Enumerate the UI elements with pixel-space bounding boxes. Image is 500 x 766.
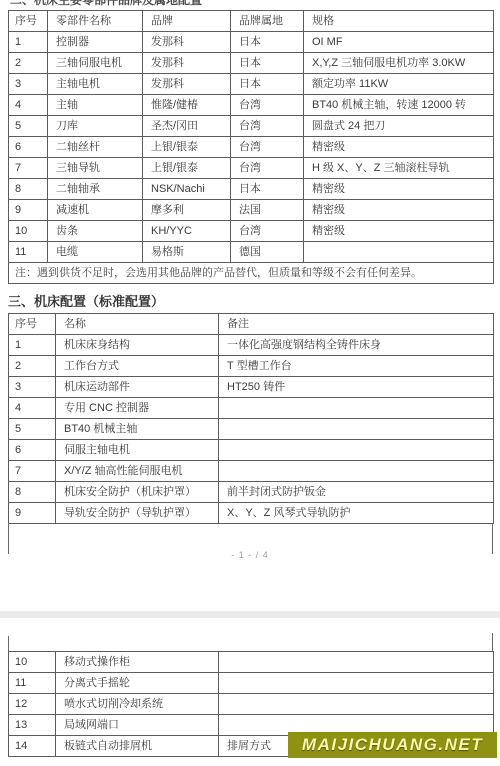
table-cell: 发那科 xyxy=(143,32,231,53)
table-cell: 机床床身结构 xyxy=(56,335,219,356)
table-row: 5BT40 机械主轴 xyxy=(9,419,494,440)
column-header: 备注 xyxy=(219,314,494,335)
parts-brand-table: 序号零部件名称品牌品牌属地规格1控制器发那科日本OI MF2三轴伺服电机发那科日… xyxy=(8,10,494,284)
table-cell: 上银/银泰 xyxy=(143,158,231,179)
table-border-stub xyxy=(492,633,493,652)
table-cell: 三轴伺服电机 xyxy=(48,53,143,74)
table-cell: 5 xyxy=(9,116,48,137)
table-cell: 喷水式切削冷却系统 xyxy=(56,694,219,715)
table-cell: 圣杰/冈田 xyxy=(143,116,231,137)
table-cell: 2 xyxy=(9,53,48,74)
table-cell: 日本 xyxy=(231,74,304,95)
table-row: 9导轨安全防护（导轨护罩）X、Y、Z 风琴式导轨防护 xyxy=(9,503,494,524)
table-cell: 9 xyxy=(9,200,48,221)
table-cell: 6 xyxy=(9,137,48,158)
table-cell: HT250 铸件 xyxy=(219,377,494,398)
table-row: 11分离式手摇轮 xyxy=(9,673,494,694)
table-row: 9减速机摩多利法国精密级 xyxy=(9,200,494,221)
machine-config-table: 序号名称备注1机床床身结构一体化高强度钢结构全铸件床身2工作台方式T 型槽工作台… xyxy=(8,313,494,524)
table-cell: 日本 xyxy=(231,32,304,53)
table-row: 8二轴轴承NSK/Nachi日本精密级 xyxy=(9,179,494,200)
table-cell: 7 xyxy=(9,461,56,482)
supply-note: 注：遇到供货不足时，会选用其他品牌的产品替代，但质量和等级不会有任何差异。 xyxy=(9,263,494,284)
table-cell: 1 xyxy=(9,32,48,53)
table-cell xyxy=(219,694,494,715)
column-header: 名称 xyxy=(56,314,219,335)
scanned-document: { "page": { "clipped_heading": "二、机床主要零部… xyxy=(0,0,500,766)
column-header: 零部件名称 xyxy=(48,11,143,32)
table-cell: 机床运动部件 xyxy=(56,377,219,398)
table-cell: 工作台方式 xyxy=(56,356,219,377)
table-cell: X、Y、Z 风琴式导轨防护 xyxy=(219,503,494,524)
table-cell: 5 xyxy=(9,419,56,440)
table-cell: 12 xyxy=(9,694,56,715)
table-cell: 额定功率 11KW xyxy=(304,74,494,95)
table-row: 1机床床身结构一体化高强度钢结构全铸件床身 xyxy=(9,335,494,356)
table-cell: 法国 xyxy=(231,200,304,221)
table-cell: 刀库 xyxy=(48,116,143,137)
table-row: 7三轴导轨上银/银泰台湾H 级 X、Y、Z 三轴滚柱导轨 xyxy=(9,158,494,179)
column-header: 品牌属地 xyxy=(231,11,304,32)
table-cell: BT40 机械主轴 xyxy=(56,419,219,440)
table-cell: 主轴 xyxy=(48,95,143,116)
table-cell: 德国 xyxy=(231,242,304,263)
table-cell: 1 xyxy=(9,335,56,356)
table-row: 3主轴电机发那科日本额定功率 11KW xyxy=(9,74,494,95)
table-cell: 7 xyxy=(9,158,48,179)
table-cell: 11 xyxy=(9,242,48,263)
table-cell: 台湾 xyxy=(231,158,304,179)
table-cell: 14 xyxy=(9,736,56,757)
table-cell: 精密级 xyxy=(304,137,494,158)
table-cell: 发那科 xyxy=(143,74,231,95)
table-cell: 前半封闭式防护钣金 xyxy=(219,482,494,503)
clipped-top-heading: 二、机床主要零部件品牌及属地配置 xyxy=(10,0,310,7)
table-cell: 分离式手摇轮 xyxy=(56,673,219,694)
table-cell xyxy=(219,398,494,419)
table-cell: H 级 X、Y、Z 三轴滚柱导轨 xyxy=(304,158,494,179)
page-break-divider xyxy=(0,611,500,618)
table-cell: 4 xyxy=(9,398,56,419)
table-cell: 精密级 xyxy=(304,200,494,221)
table-cell: 台湾 xyxy=(231,137,304,158)
table-cell: T 型槽工作台 xyxy=(219,356,494,377)
table-cell: 二轴轴承 xyxy=(48,179,143,200)
table-cell: 局域网端口 xyxy=(56,715,219,736)
table-cell: 13 xyxy=(9,715,56,736)
table-cell: 移动式操作柜 xyxy=(56,652,219,673)
table-cell: 伺服主轴电机 xyxy=(56,440,219,461)
table-row: 2三轴伺服电机发那科日本X,Y,Z 三轴伺服电机功率 3.0KW xyxy=(9,53,494,74)
column-header: 序号 xyxy=(9,11,48,32)
column-header: 序号 xyxy=(9,314,56,335)
table-cell: 易格斯 xyxy=(143,242,231,263)
table-header-row: 序号零部件名称品牌品牌属地规格 xyxy=(9,11,494,32)
table-row: 4专用 CNC 控制器 xyxy=(9,398,494,419)
clipped-top-heading-text: 二、机床主要零部件品牌及属地配置 xyxy=(10,0,310,7)
table-cell: 齿条 xyxy=(48,221,143,242)
table-cell: 台湾 xyxy=(231,221,304,242)
table-cell: 10 xyxy=(9,652,56,673)
page-number: - 1 - / 4 xyxy=(0,550,500,560)
table-cell: 8 xyxy=(9,179,48,200)
table-cell: 2 xyxy=(9,356,56,377)
table-cell: 机床安全防护（机床护罩） xyxy=(56,482,219,503)
table-row: 2工作台方式T 型槽工作台 xyxy=(9,356,494,377)
table-cell: 减速机 xyxy=(48,200,143,221)
table-row: 1控制器发那科日本OI MF xyxy=(9,32,494,53)
table-cell: 3 xyxy=(9,74,48,95)
table-cell: 板链式自动排屑机 xyxy=(56,736,219,757)
table-cell: 主轴电机 xyxy=(48,74,143,95)
table-cell: 台湾 xyxy=(231,95,304,116)
table-cell xyxy=(219,673,494,694)
table-row: 10齿条KH/YYC台湾精密级 xyxy=(9,221,494,242)
table-row: 12喷水式切削冷却系统 xyxy=(9,694,494,715)
table-cell: 惟隆/健椿 xyxy=(143,95,231,116)
table-cell: 二轴丝杆 xyxy=(48,137,143,158)
table-cell: 10 xyxy=(9,221,48,242)
table-cell: 日本 xyxy=(231,53,304,74)
column-header: 品牌 xyxy=(143,11,231,32)
table-cell: X,Y,Z 三轴伺服电机功率 3.0KW xyxy=(304,53,494,74)
table-cell: OI MF xyxy=(304,32,494,53)
table-cell: 圆盘式 24 把刀 xyxy=(304,116,494,137)
table-cell: 日本 xyxy=(231,179,304,200)
table-cell xyxy=(219,652,494,673)
table-row: 10移动式操作柜 xyxy=(9,652,494,673)
table-cell: 9 xyxy=(9,503,56,524)
table-cell: 导轨安全防护（导轨护罩） xyxy=(56,503,219,524)
table-cell: 精密级 xyxy=(304,179,494,200)
table-cell: 控制器 xyxy=(48,32,143,53)
table-row: 6伺服主轴电机 xyxy=(9,440,494,461)
table-cell: 上银/银泰 xyxy=(143,137,231,158)
table-cell: 发那科 xyxy=(143,53,231,74)
table-cell: 4 xyxy=(9,95,48,116)
section-heading: 三、机床配置（标准配置） xyxy=(8,291,164,310)
table-cell: 摩多利 xyxy=(143,200,231,221)
table-row: 3机床运动部件HT250 铸件 xyxy=(9,377,494,398)
table-cell xyxy=(219,440,494,461)
table-cell: 台湾 xyxy=(231,116,304,137)
table-cell: 专用 CNC 控制器 xyxy=(56,398,219,419)
table-row: 8机床安全防护（机床护罩）前半封闭式防护钣金 xyxy=(9,482,494,503)
table-cell: 8 xyxy=(9,482,56,503)
table-cell xyxy=(219,419,494,440)
table-cell: 11 xyxy=(9,673,56,694)
watermark: MAIJICHUANG.NET xyxy=(288,732,497,758)
table-cell: NSK/Nachi xyxy=(143,179,231,200)
table-border-stub xyxy=(8,636,9,652)
column-header: 规格 xyxy=(304,11,494,32)
table-cell: 3 xyxy=(9,377,56,398)
table-cell: X/Y/Z 轴高性能伺服电机 xyxy=(56,461,219,482)
table-row: 4主轴惟隆/健椿台湾BT40 机械主轴，转速 12000 转 xyxy=(9,95,494,116)
table-row: 5刀库圣杰/冈田台湾圆盘式 24 把刀 xyxy=(9,116,494,137)
note-row: 注：遇到供货不足时，会选用其他品牌的产品替代，但质量和等级不会有任何差异。 xyxy=(9,263,494,284)
table-cell xyxy=(304,242,494,263)
table-header-row: 序号名称备注 xyxy=(9,314,494,335)
table-row: 11电缆易格斯德国 xyxy=(9,242,494,263)
table-cell: 精密级 xyxy=(304,221,494,242)
table-cell: 6 xyxy=(9,440,56,461)
table-cell: BT40 机械主轴，转速 12000 转 xyxy=(304,95,494,116)
table-row: 7X/Y/Z 轴高性能伺服电机 xyxy=(9,461,494,482)
table-cell xyxy=(219,461,494,482)
table-row: 6二轴丝杆上银/银泰台湾精密级 xyxy=(9,137,494,158)
table-cell: 三轴导轨 xyxy=(48,158,143,179)
table-cell: KH/YYC xyxy=(143,221,231,242)
table-cell: 电缆 xyxy=(48,242,143,263)
table-cell: 一体化高强度钢结构全铸件床身 xyxy=(219,335,494,356)
